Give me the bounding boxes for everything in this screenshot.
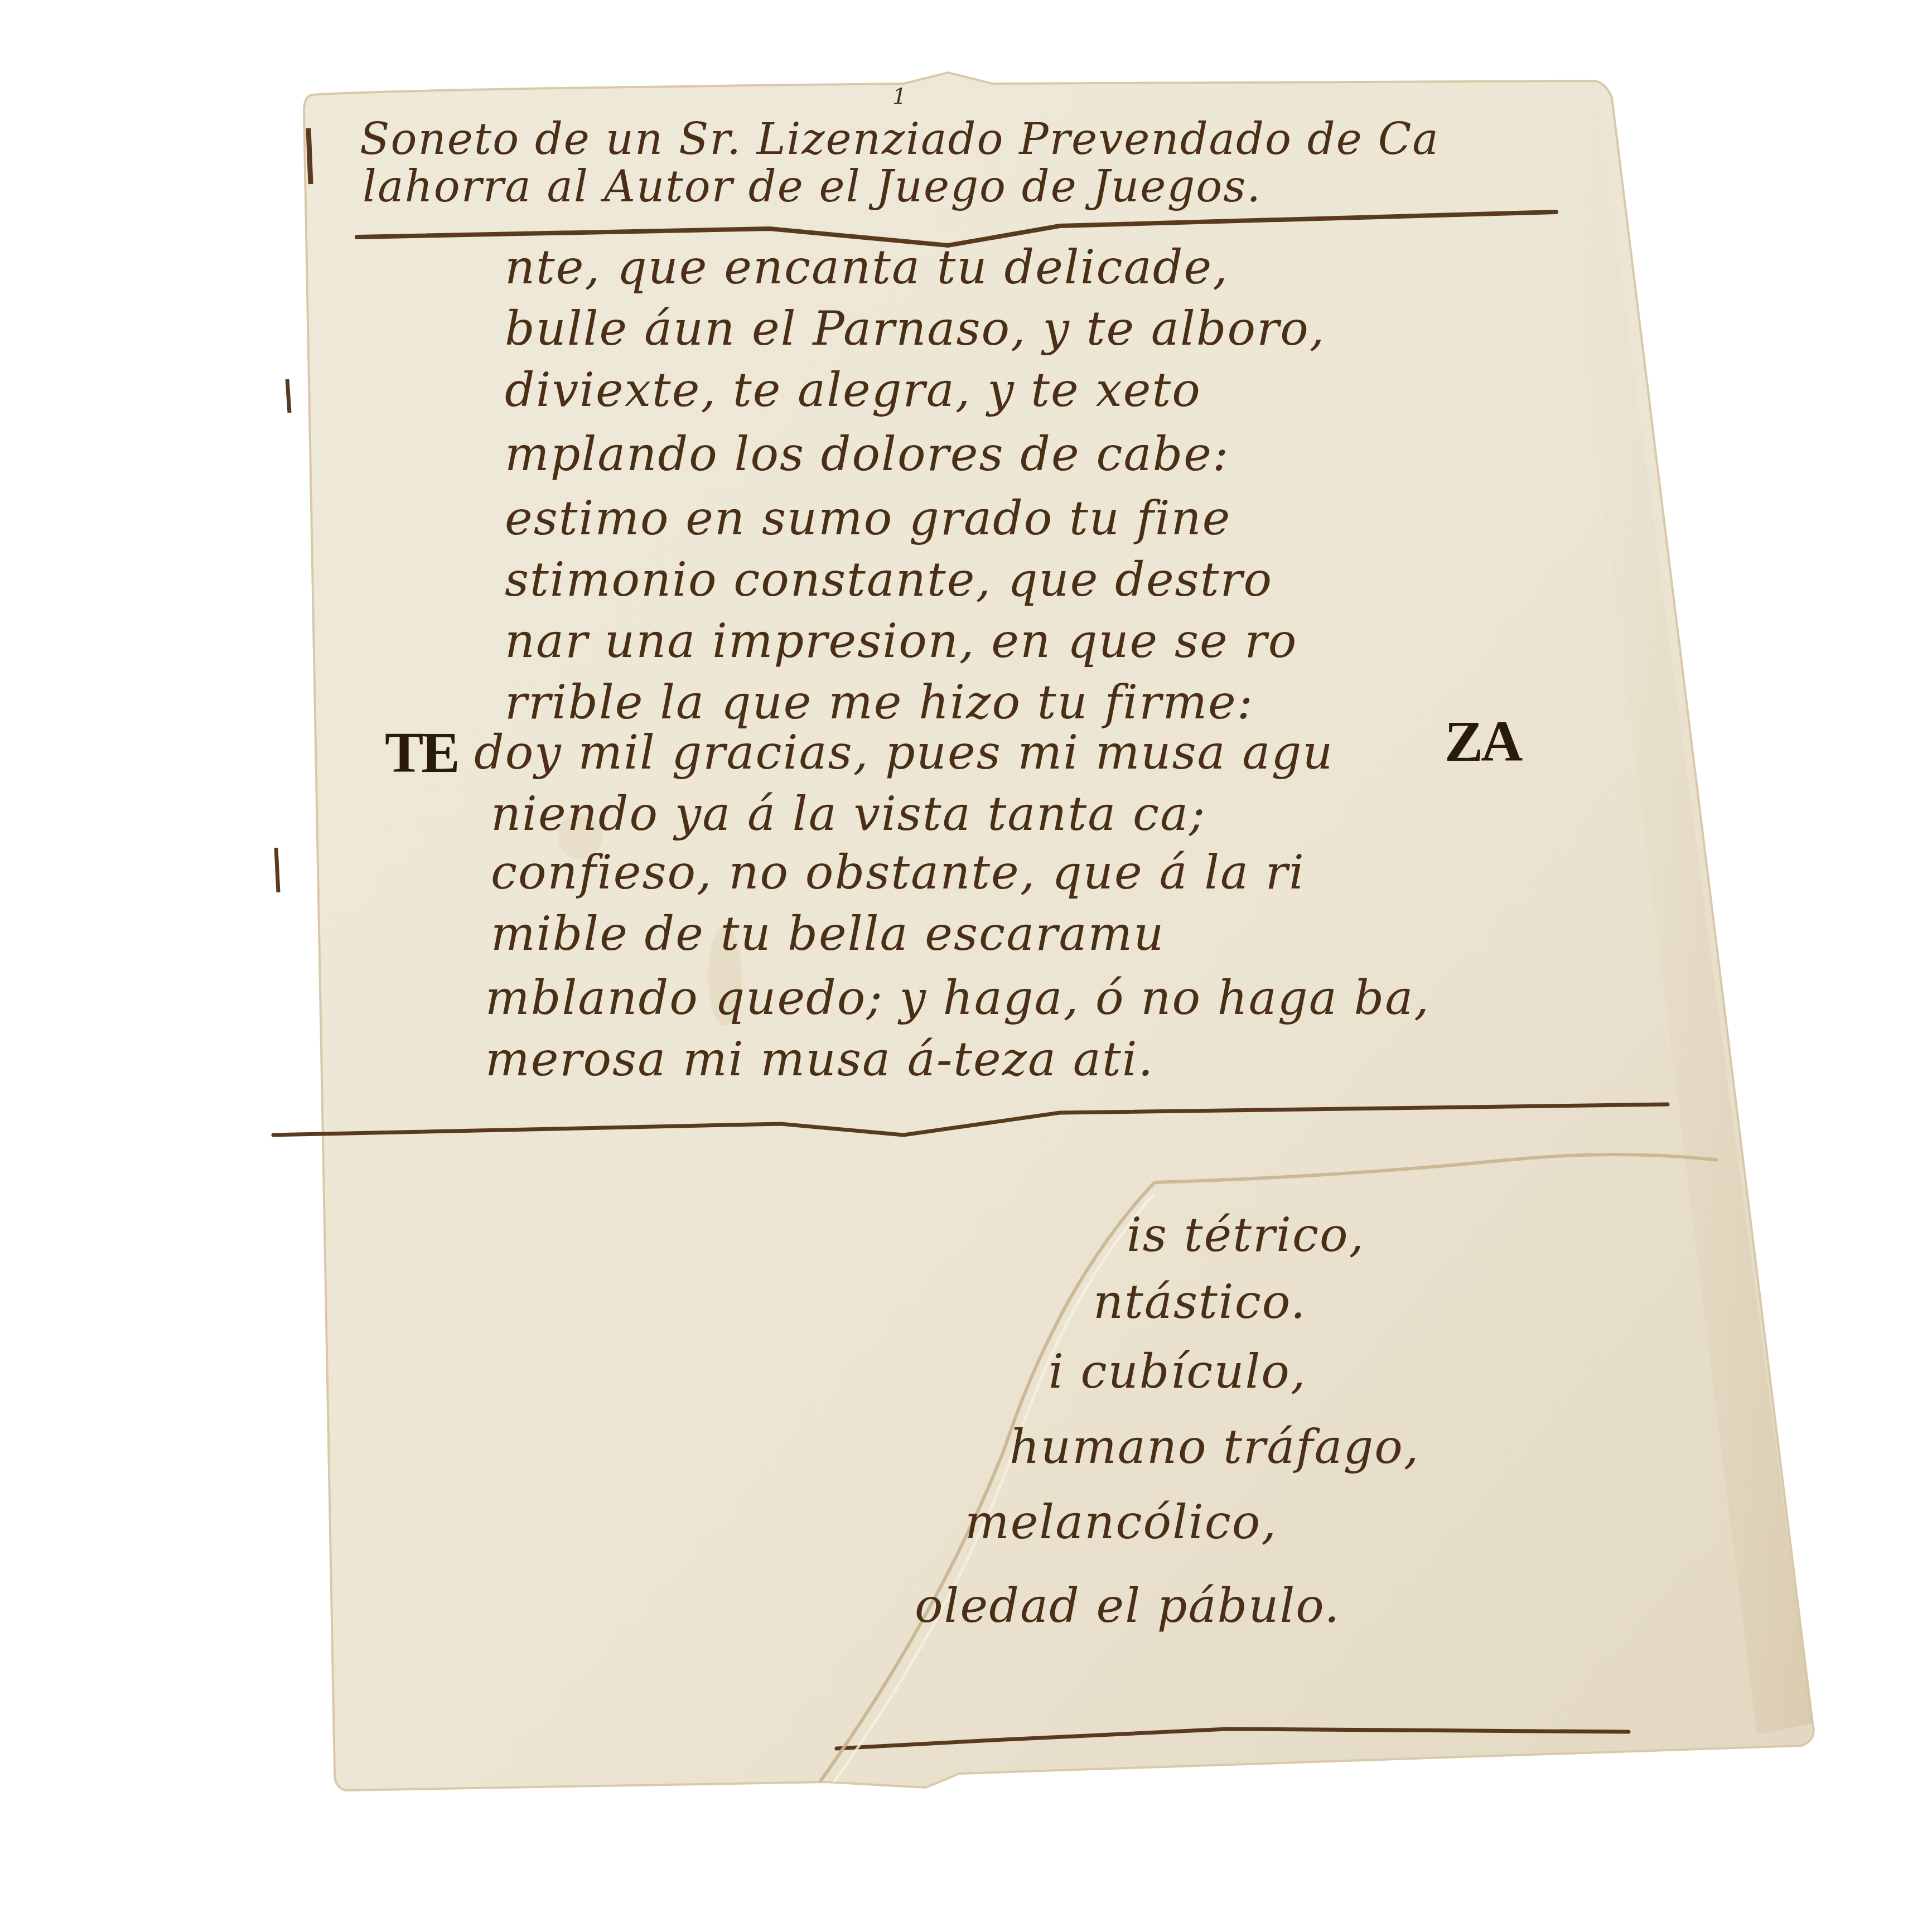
binding-mark bbox=[308, 128, 311, 184]
header-line-2: lahorra al Autor de el Juego de Juegos. bbox=[363, 162, 1262, 212]
capital-letters-left: TE bbox=[385, 719, 458, 786]
sonnet-line: mplando los dolores de cabe: bbox=[505, 427, 1229, 481]
fragment-line: i cubículo, bbox=[1049, 1344, 1307, 1399]
fragment-line: is tétrico, bbox=[1127, 1207, 1365, 1262]
manuscript-photo: 1 Soneto de un Sr. Lizenziado Prevendado… bbox=[0, 0, 1932, 1932]
fragment-line: ntástico. bbox=[1093, 1274, 1307, 1329]
sonnet-line: nar una impresion, en que se ro bbox=[505, 614, 1297, 668]
sonnet-line: bulle áun el Parnaso, y te alboro, bbox=[505, 301, 1326, 356]
capital-letters-right: ZA bbox=[1445, 708, 1520, 775]
sonnet-line: nte, que encanta tu delicade, bbox=[505, 240, 1229, 294]
sonnet-line: merosa mi musa á-teza ati. bbox=[485, 1032, 1154, 1086]
page-mark: 1 bbox=[892, 84, 907, 109]
header-line-1: Soneto de un Sr. Lizenziado Prevendado d… bbox=[360, 114, 1440, 165]
fragment-line: oledad el pábulo. bbox=[915, 1578, 1340, 1633]
sonnet-line: stimonio constante, que destro bbox=[505, 552, 1273, 607]
sonnet-line: niendo ya á la vista tanta ca; bbox=[491, 786, 1206, 841]
sonnet-line: estimo en sumo grado tu fine bbox=[505, 491, 1231, 545]
fragment-line: humano tráfago, bbox=[1010, 1419, 1420, 1474]
sonnet-line: confieso, no obstante, que á la ri bbox=[491, 845, 1305, 900]
sonnet-line: doy mil gracias, pues mi musa agu bbox=[474, 725, 1334, 780]
sonnet-line: mblando quedo; y haga, ó no haga ba, bbox=[485, 970, 1430, 1025]
sonnet-line: rrible la que me hizo tu firme: bbox=[505, 675, 1254, 730]
bleed-through-text bbox=[357, 1199, 366, 1251]
fragment-line: melancólico, bbox=[965, 1495, 1277, 1549]
sonnet-line: mible de tu bella escaramu bbox=[491, 906, 1165, 961]
sonnet-line: diviexte, te alegra, y te xeto bbox=[505, 363, 1201, 417]
